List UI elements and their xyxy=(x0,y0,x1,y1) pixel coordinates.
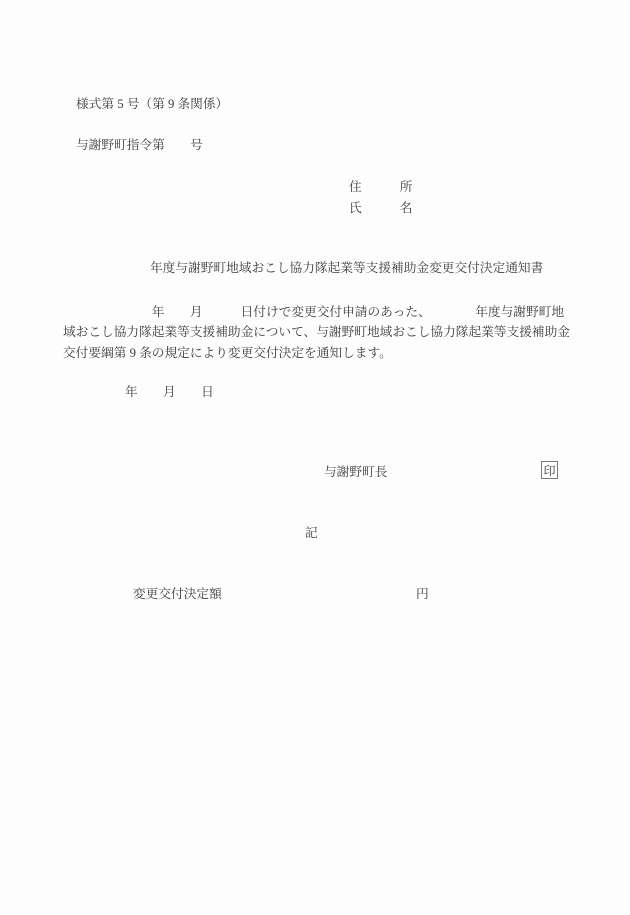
amount-label: 変更交付決定額 xyxy=(133,587,222,603)
issue-date-line: 年 月 日 xyxy=(125,385,214,401)
official-seal-mark: 印 xyxy=(541,461,558,479)
body-paragraph: 年 月 日付けで変更交付申請のあった、 年度与謝野町地 域おこし協力隊起業等支援… xyxy=(63,302,575,363)
document-page: 様式第 5 号（第 9 条関係） 与謝野町指令第 号 住 所 氏 名 年度与謝野… xyxy=(0,0,630,915)
document-title: 年度与謝野町地域おこし協力隊起業等支援補助金変更交付決定通知書 xyxy=(150,261,543,277)
seal-character: 印 xyxy=(543,462,555,479)
yen-unit-label: 円 xyxy=(416,587,429,603)
recipient-address-label: 住 所 xyxy=(349,180,412,196)
form-number-line: 様式第 5 号（第 9 条関係） xyxy=(76,97,228,113)
body-line-2: 域おこし協力隊起業等支援補助金について、与謝野町地域おこし協力隊起業等支援補助金 xyxy=(63,322,575,342)
directive-number-line: 与謝野町指令第 号 xyxy=(76,138,203,154)
ki-heading: 記 xyxy=(305,526,318,542)
recipient-name-label: 氏 名 xyxy=(349,201,412,217)
body-line-1: 年 月 日付けで変更交付申請のあった、 年度与謝野町地 xyxy=(63,302,575,322)
body-line-3: 交付要綱第 9 条の規定により変更交付決定を通知します。 xyxy=(63,343,575,363)
mayor-title: 与謝野町長 xyxy=(324,465,387,481)
